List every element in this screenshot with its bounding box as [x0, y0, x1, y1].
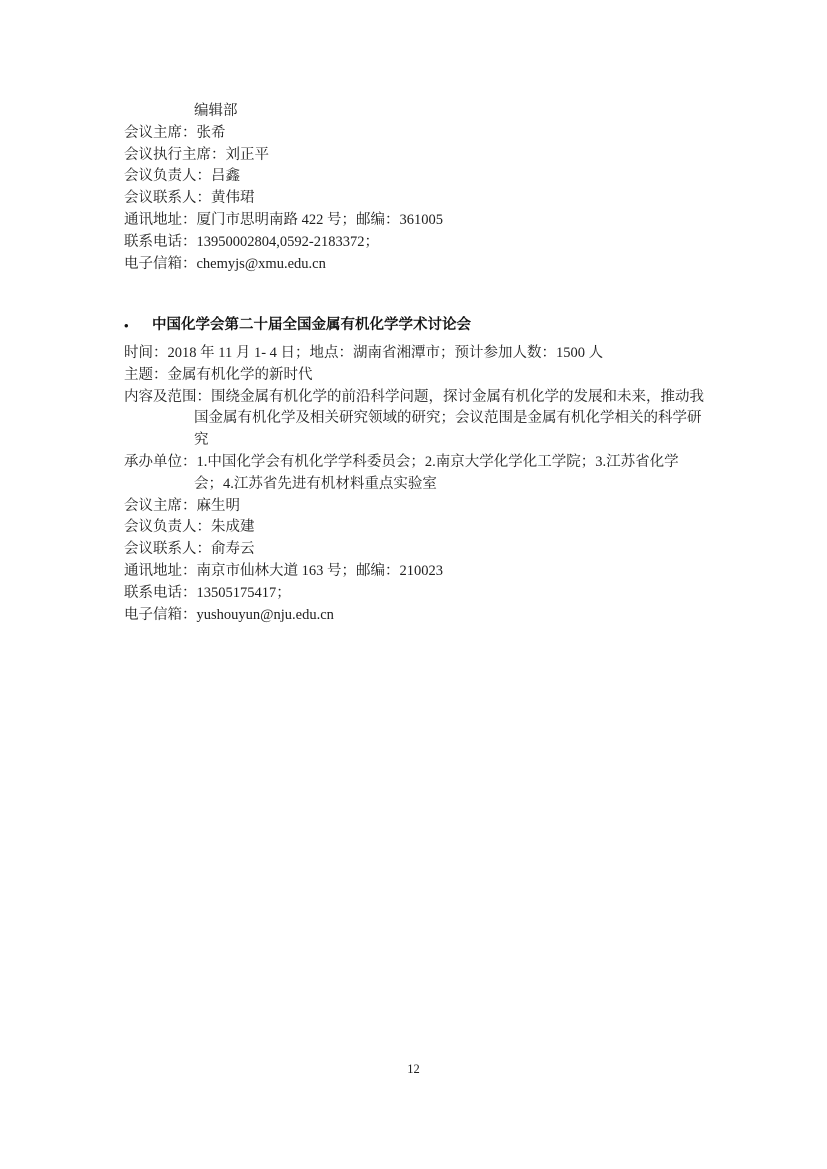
- field-label: 电子信箱：: [124, 607, 197, 623]
- field-label: 主题：: [124, 367, 168, 383]
- field-label: 会议主席：: [124, 498, 197, 514]
- field-row-datetime-location: 时间：2018 年 11 月 1- 4 日；地点：湖南省湘潭市；预计参加人数：1…: [124, 343, 706, 365]
- field-value: 朱成建: [211, 519, 255, 535]
- field-value: 俞寿云: [211, 541, 255, 557]
- field-row-organizer: 会议负责人：吕鑫: [124, 166, 706, 188]
- field-value: 刘正平: [226, 147, 270, 163]
- field-label: 会议主席：: [124, 125, 197, 141]
- field-value: chemyjs@xmu.edu.cn: [197, 256, 326, 272]
- field-value: 金属有机化学的新时代: [168, 367, 313, 383]
- field-label: 会议负责人：: [124, 519, 211, 535]
- field-row-chair: 会议主席：张希: [124, 123, 706, 145]
- field-value: 13950002804,0592-2183372；: [197, 234, 379, 250]
- field-label: 联系电话：: [124, 585, 197, 601]
- field-value: 麻生明: [197, 498, 241, 514]
- field-row-phone: 联系电话：13505175417；: [124, 583, 706, 605]
- field-row-address: 通讯地址：厦门市思明南路 422 号；邮编：361005: [124, 210, 706, 232]
- field-label: 联系电话：: [124, 234, 197, 250]
- field-row-theme: 主题：金属有机化学的新时代: [124, 365, 706, 387]
- document-page: 编辑部 会议主席：张希 会议执行主席：刘正平 会议负责人：吕鑫 会议联系人：黄伟…: [0, 0, 827, 1169]
- field-value: 厦门市思明南路 422 号；邮编：361005: [197, 212, 444, 228]
- field-label: 电子信箱：: [124, 256, 197, 272]
- field-value: 张希: [197, 125, 226, 141]
- field-label: 会议联系人：: [124, 541, 211, 557]
- field-value: 黄伟珺: [211, 190, 255, 206]
- field-label: 内容及范围：: [124, 389, 211, 405]
- field-label: 通讯地址：: [124, 563, 197, 579]
- bullet-icon: •: [124, 315, 152, 337]
- field-value: yushouyun@nju.edu.cn: [197, 607, 334, 623]
- field-label: 承办单位：: [124, 454, 197, 470]
- field-row-phone: 联系电话：13950002804,0592-2183372；: [124, 232, 706, 254]
- field-row-executive-chair: 会议执行主席：刘正平: [124, 145, 706, 167]
- conference-details-block: 时间：2018 年 11 月 1- 4 日；地点：湖南省湘潭市；预计参加人数：1…: [124, 343, 706, 626]
- field-row-address: 通讯地址：南京市仙林大道 163 号；邮编：210023: [124, 561, 706, 583]
- field-value: 南京市仙林大道 163 号；邮编：210023: [197, 563, 444, 579]
- field-row-chair: 会议主席：麻生明: [124, 496, 706, 518]
- field-row-scope: 内容及范围：围绕金属有机化学的前沿科学问题，探讨金属有机化学的发展和未来，推动我…: [124, 387, 706, 452]
- field-row-email: 电子信箱：yushouyun@nju.edu.cn: [124, 605, 706, 627]
- field-label: 会议执行主席：: [124, 147, 226, 163]
- page-number: 12: [0, 1061, 827, 1077]
- conference-title: 中国化学会第二十届全国金属有机化学学术讨论会: [152, 317, 471, 333]
- field-value: 吕鑫: [211, 168, 240, 184]
- field-row-organizer: 会议负责人：朱成建: [124, 517, 706, 539]
- field-label: 会议联系人：: [124, 190, 211, 206]
- field-value: 13505175417；: [197, 585, 291, 601]
- field-value: 2018 年 11 月 1- 4 日；地点：湖南省湘潭市；预计参加人数：1500…: [168, 345, 604, 361]
- conference-heading: •中国化学会第二十届全国金属有机化学学术讨论会: [124, 315, 706, 337]
- field-row-contact-person: 会议联系人：黄伟珺: [124, 188, 706, 210]
- field-label: 会议负责人：: [124, 168, 211, 184]
- field-row-host-organizations: 承办单位：1.中国化学会有机化学学科委员会；2.南京大学化学化工学院；3.江苏省…: [124, 452, 706, 496]
- continuation-line: 编辑部: [124, 101, 706, 123]
- field-label: 通讯地址：: [124, 212, 197, 228]
- field-row-contact-person: 会议联系人：俞寿云: [124, 539, 706, 561]
- field-value: 围绕金属有机化学的前沿科学问题，探讨金属有机化学的发展和未来，推动我国金属有机化…: [194, 389, 704, 449]
- field-label: 时间：: [124, 345, 168, 361]
- contact-block-xiamen: 编辑部 会议主席：张希 会议执行主席：刘正平 会议负责人：吕鑫 会议联系人：黄伟…: [124, 101, 706, 275]
- field-value: 1.中国化学会有机化学学科委员会；2.南京大学化学化工学院；3.江苏省化学会；4…: [194, 454, 679, 492]
- field-row-email: 电子信箱：chemyjs@xmu.edu.cn: [124, 254, 706, 276]
